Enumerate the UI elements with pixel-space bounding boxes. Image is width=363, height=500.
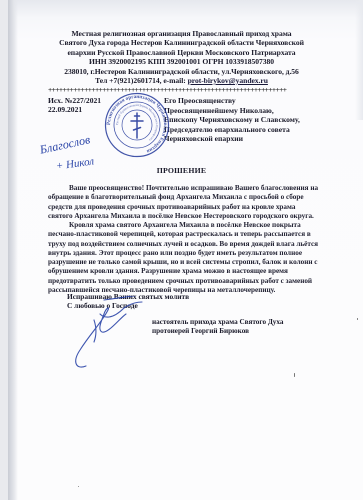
email-link[interactable]: prot-birykov@yandex.ru bbox=[188, 76, 268, 85]
addressee-line: Его Преосвященству bbox=[164, 96, 300, 106]
addressee-line: Черняховской епархии bbox=[164, 134, 300, 144]
plus-divider: ++++++++++++++++++++++++++++++++++++++++… bbox=[48, 86, 338, 94]
signer-block: настоятель прихода храма Святого Духа пр… bbox=[152, 318, 284, 337]
signature-icon bbox=[64, 296, 154, 376]
letterhead-line: 238010, г.Нестеров Калининградской облас… bbox=[0, 67, 363, 76]
scan-speck bbox=[357, 318, 358, 320]
body-paragraph: Кровля храма святого Архангела Михаила в… bbox=[48, 221, 320, 295]
contact-line: Тел +7(921)2601714, e-mail: prot-birykov… bbox=[0, 76, 363, 85]
letterhead: Местная религиозная организация Правосла… bbox=[0, 29, 363, 85]
body-paragraph: Ваше преосвященство! Почтительно испраши… bbox=[48, 184, 320, 221]
outgoing-date: 22.09.2021 bbox=[48, 105, 101, 114]
svg-text:Благослов: Благослов bbox=[38, 132, 91, 157]
addressee-line: Преосвященнейшему Николаю, bbox=[164, 106, 300, 116]
letterhead-line: ИНН 3920002195 КПП 392001001 ОГРН 103391… bbox=[0, 57, 363, 66]
phone-text: Тел +7(921)2601714, e-mail: bbox=[95, 76, 188, 85]
petition-body: Ваше преосвященство! Почтительно испраши… bbox=[48, 184, 320, 295]
outgoing-number: Исх. №227/2021 bbox=[48, 96, 101, 105]
scan-speck bbox=[78, 486, 79, 487]
addressee-line: Председателю епархиального совета bbox=[164, 125, 300, 135]
document-title: ПРОШЕНИЕ bbox=[0, 166, 363, 175]
church-seal-stamp-icon: Религиозная организация Черняховская Епа… bbox=[104, 92, 170, 158]
letterhead-line: Святого Духа города Нестеров Калининград… bbox=[0, 38, 363, 47]
letterhead-line: Местная религиозная организация Правосла… bbox=[0, 29, 363, 38]
outgoing-reference: Исх. №227/2021 22.09.2021 bbox=[48, 96, 101, 114]
addressee-line: Епископу Черняховскому и Славскому, bbox=[164, 115, 300, 125]
signer-position: настоятель прихода храма Святого Духа bbox=[152, 318, 284, 327]
scan-speck bbox=[294, 373, 295, 377]
letterhead-line: епархии Русской Православной Церкви Моск… bbox=[0, 48, 363, 57]
signer-name: протоиерей Георгий Бирюков bbox=[152, 327, 284, 336]
addressee-block: Его Преосвященству Преосвященнейшему Ник… bbox=[164, 96, 300, 144]
